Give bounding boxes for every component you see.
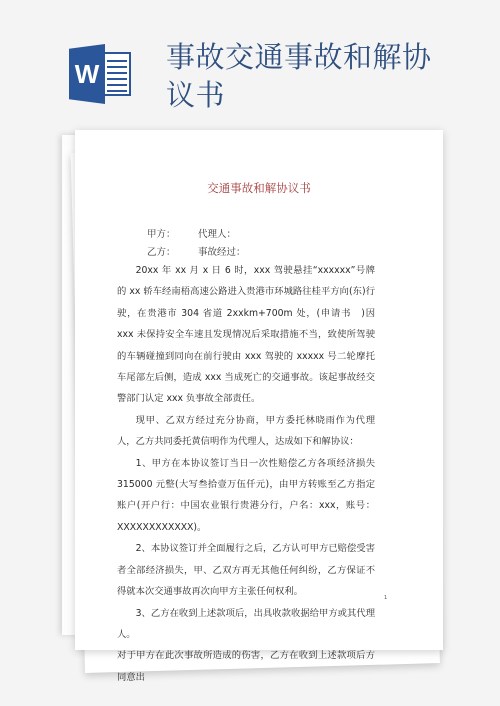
document-title: 交通事故和解协议书 bbox=[75, 180, 443, 196]
word-cover: W bbox=[69, 44, 105, 104]
document-page: 交通事故和解协议书 甲方： 代理人： 乙方： 事故经过： 20xx 年 xx 月… bbox=[75, 130, 443, 650]
party-b-row: 乙方： 事故经过： bbox=[147, 244, 246, 258]
party-a-label: 甲方： bbox=[147, 226, 195, 240]
paragraph-negotiation: 现甲、乙双方经过充分协商，甲方委托林晓雨作为代理人，乙方共同委托黄信明作为代理人… bbox=[117, 410, 375, 453]
party-b-label: 乙方： bbox=[147, 244, 195, 258]
accident-label: 事故经过： bbox=[198, 244, 246, 258]
paragraph-clause-1: 1、甲方在本协议签订当日一次性赔偿乙方各项经济损失 315000 元整(大写叁拾… bbox=[117, 453, 375, 539]
document-preview: W 事故交通事故和解协议书 交通事故和解协议书 甲方： 代理人： 乙方： 事故经… bbox=[0, 0, 500, 706]
page-title: 事故交通事故和解协议书 bbox=[166, 38, 436, 114]
paragraph-continuation: 对于甲方在此次事故所造成的伤害，乙方在收到上述款项后方同意出 bbox=[117, 645, 375, 688]
page-number: 1 bbox=[384, 595, 387, 601]
document-body: 20xx 年 xx 月 x 日 6 时，xxx 驾驶悬挂“xxxxxx”号牌的 … bbox=[117, 260, 375, 688]
agent-label: 代理人： bbox=[198, 226, 236, 240]
party-a-row: 甲方： 代理人： bbox=[147, 226, 236, 240]
paragraph-accident: 20xx 年 xx 月 x 日 6 时，xxx 驾驶悬挂“xxxxxx”号牌的 … bbox=[117, 260, 375, 410]
paragraph-clause-2: 2、本协议签订并全面履行之后，乙方认可甲方已赔偿受害者全部经济损失，甲、乙双方再… bbox=[117, 538, 375, 602]
paragraph-clause-3: 3、乙方在收到上述款项后，出具收款收据给甲方或其代理人。 bbox=[117, 603, 375, 646]
word-icon: W bbox=[69, 44, 133, 104]
